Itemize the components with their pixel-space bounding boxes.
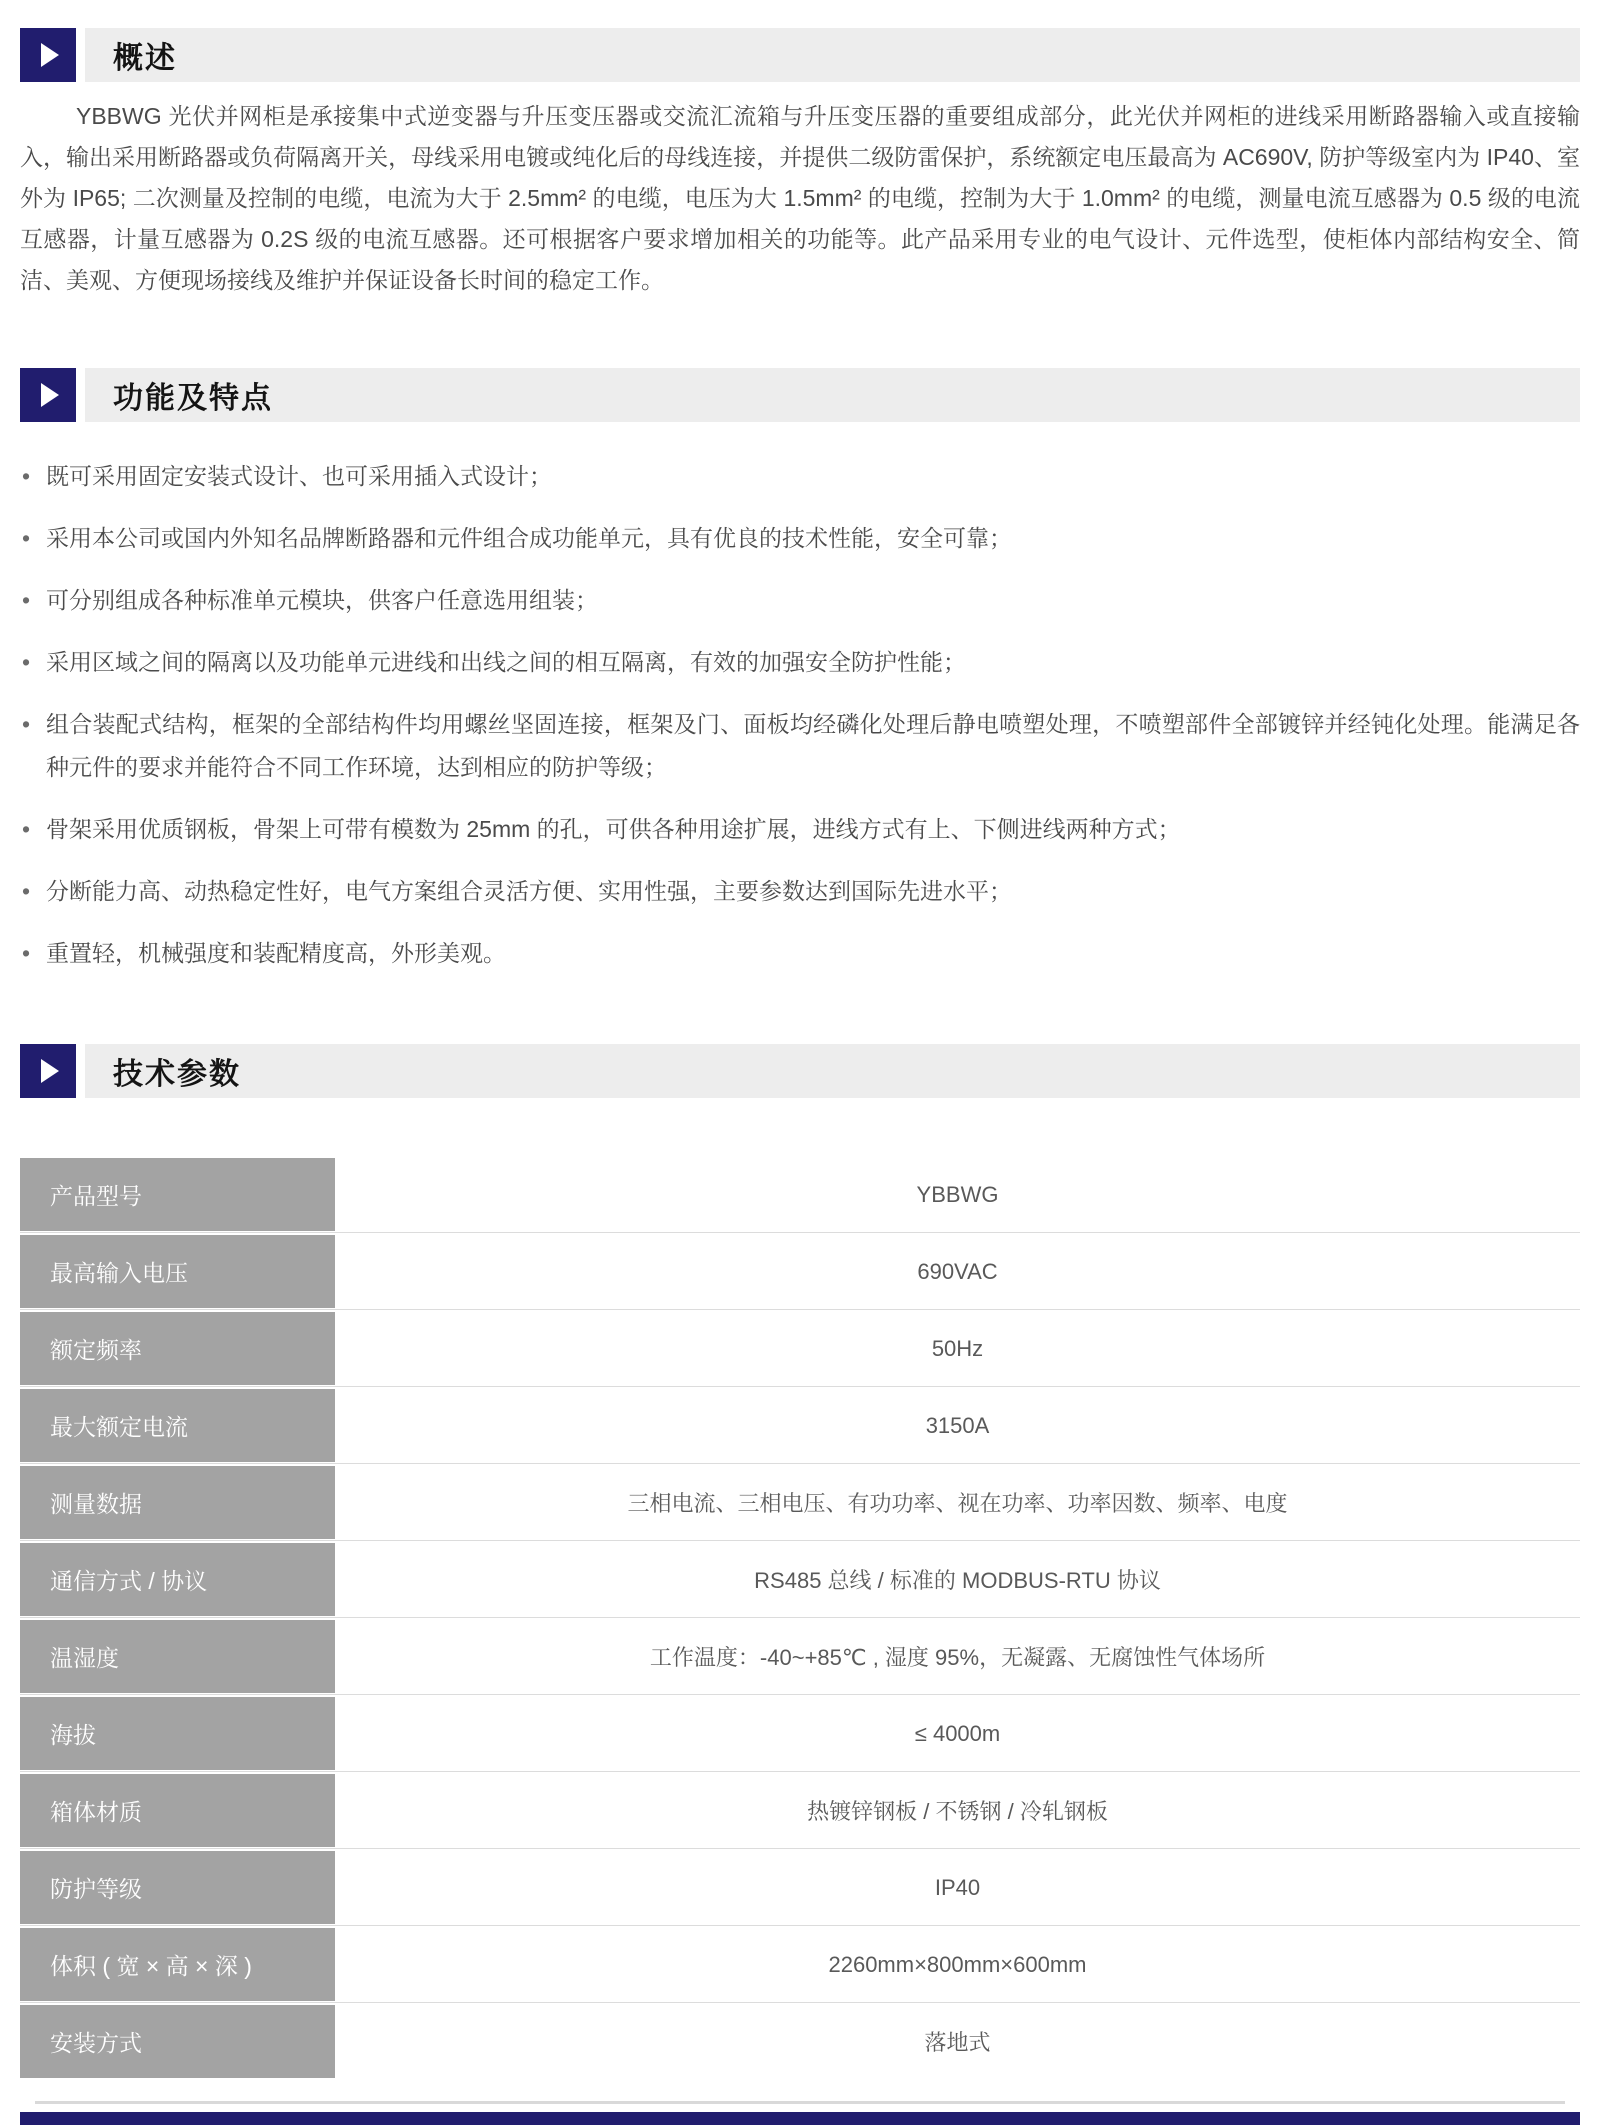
feature-item: 采用本公司或国内外知名品牌断路器和元件组合成功能单元，具有优良的技术性能，安全可…	[20, 517, 1580, 560]
section-header-overview: 概述	[20, 28, 1580, 82]
spec-value: 50Hz	[335, 1312, 1580, 1385]
spec-label: 通信方式 / 协议	[20, 1543, 335, 1616]
footer-divider	[35, 2101, 1565, 2104]
spec-label: 最高输入电压	[20, 1235, 335, 1308]
spec-label: 温湿度	[20, 1620, 335, 1693]
spec-value: ≤ 4000m	[335, 1697, 1580, 1770]
spec-label: 产品型号	[20, 1158, 335, 1231]
table-row: 安装方式 落地式	[20, 2005, 1580, 2078]
spec-label: 箱体材质	[20, 1774, 335, 1847]
footer-accent-bar	[20, 2112, 1580, 2125]
datasheet-page: 概述 YBBWG 光伏并网柜是承接集中式逆变器与升压变压器或交流汇流箱与升压变压…	[0, 0, 1600, 2125]
spec-value: YBBWG	[335, 1158, 1580, 1231]
spec-label: 测量数据	[20, 1466, 335, 1539]
table-row: 产品型号 YBBWG	[20, 1158, 1580, 1231]
spec-value: 工作温度：-40~+85℃ , 湿度 95%，无凝露、无腐蚀性气体场所	[335, 1620, 1580, 1693]
section-arrow-icon	[20, 368, 76, 422]
spec-label: 防护等级	[20, 1851, 335, 1924]
section-title-bar: 技术参数	[85, 1044, 1580, 1098]
features-list: 既可采用固定安装式设计、也可采用插入式设计； 采用本公司或国内外知名品牌断路器和…	[20, 455, 1580, 994]
section-header-specs: 技术参数	[20, 1044, 1580, 1098]
play-triangle-icon	[41, 1059, 59, 1083]
table-row: 最高输入电压 690VAC	[20, 1235, 1580, 1308]
feature-item: 采用区域之间的隔离以及功能单元进线和出线之间的相互隔离，有效的加强安全防护性能；	[20, 641, 1580, 684]
feature-item: 骨架采用优质钢板，骨架上可带有模数为 25mm 的孔，可供各种用途扩展，进线方式…	[20, 808, 1580, 851]
spec-value: 690VAC	[335, 1235, 1580, 1308]
table-row: 额定频率 50Hz	[20, 1312, 1580, 1385]
table-row: 防护等级 IP40	[20, 1851, 1580, 1924]
table-row: 测量数据 三相电流、三相电压、有功功率、视在功率、功率因数、频率、电度	[20, 1466, 1580, 1539]
spec-value: 热镀锌钢板 / 不锈钢 / 冷轧钢板	[335, 1774, 1580, 1847]
section-title-bar: 概述	[85, 28, 1580, 82]
spec-table: 产品型号 YBBWG 最高输入电压 690VAC 额定频率 50Hz 最大额定电…	[20, 1158, 1580, 2078]
overview-paragraph: YBBWG 光伏并网柜是承接集中式逆变器与升压变压器或交流汇流箱与升压变压器的重…	[20, 96, 1580, 301]
section-title-features: 功能及特点	[113, 373, 273, 417]
spec-value: IP40	[335, 1851, 1580, 1924]
spec-value: RS485 总线 / 标准的 MODBUS-RTU 协议	[335, 1543, 1580, 1616]
spec-label: 体积 ( 宽 × 高 × 深 )	[20, 1928, 335, 2001]
section-title-overview: 概述	[113, 33, 177, 77]
spec-value: 2260mm×800mm×600mm	[335, 1928, 1580, 2001]
table-row: 体积 ( 宽 × 高 × 深 ) 2260mm×800mm×600mm	[20, 1928, 1580, 2001]
section-title-bar: 功能及特点	[85, 368, 1580, 422]
table-row: 海拔 ≤ 4000m	[20, 1697, 1580, 1770]
spec-label: 额定频率	[20, 1312, 335, 1385]
section-arrow-icon	[20, 28, 76, 82]
spec-value: 落地式	[335, 2005, 1580, 2078]
section-header-features: 功能及特点	[20, 368, 1580, 422]
feature-item: 可分别组成各种标准单元模块，供客户任意选用组装；	[20, 579, 1580, 622]
spec-label: 最大额定电流	[20, 1389, 335, 1462]
spec-value: 3150A	[335, 1389, 1580, 1462]
feature-item: 重置轻，机械强度和装配精度高，外形美观。	[20, 932, 1580, 975]
section-arrow-icon	[20, 1044, 76, 1098]
spec-value: 三相电流、三相电压、有功功率、视在功率、功率因数、频率、电度	[335, 1466, 1580, 1539]
section-title-specs: 技术参数	[113, 1049, 241, 1093]
play-triangle-icon	[41, 383, 59, 407]
table-row: 通信方式 / 协议 RS485 总线 / 标准的 MODBUS-RTU 协议	[20, 1543, 1580, 1616]
spec-label: 海拔	[20, 1697, 335, 1770]
play-triangle-icon	[41, 43, 59, 67]
table-row: 温湿度 工作温度：-40~+85℃ , 湿度 95%，无凝露、无腐蚀性气体场所	[20, 1620, 1580, 1693]
feature-item: 分断能力高、动热稳定性好，电气方案组合灵活方便、实用性强，主要参数达到国际先进水…	[20, 870, 1580, 913]
feature-item: 组合装配式结构，框架的全部结构件均用螺丝坚固连接，框架及门、面板均经磷化处理后静…	[20, 703, 1580, 789]
table-row: 箱体材质 热镀锌钢板 / 不锈钢 / 冷轧钢板	[20, 1774, 1580, 1847]
feature-item: 既可采用固定安装式设计、也可采用插入式设计；	[20, 455, 1580, 498]
table-row: 最大额定电流 3150A	[20, 1389, 1580, 1462]
spec-label: 安装方式	[20, 2005, 335, 2078]
